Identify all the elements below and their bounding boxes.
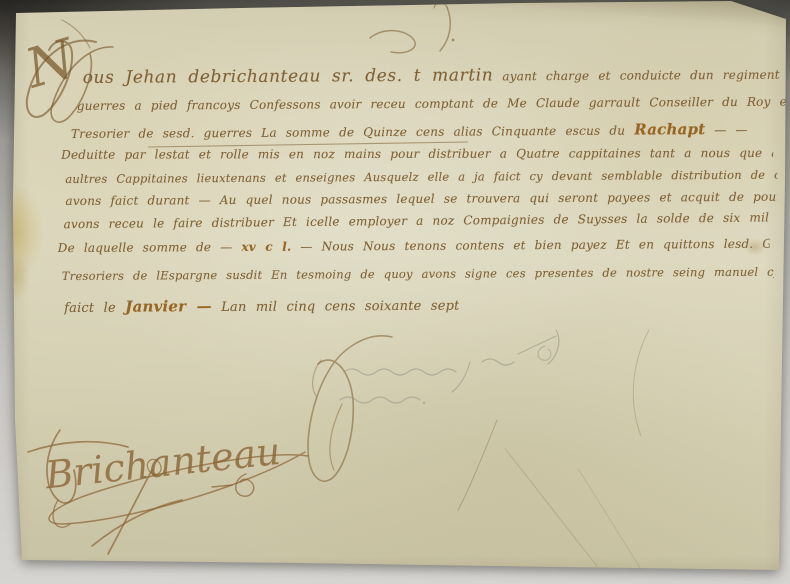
manuscript-line-7: avons receu le faire distribuer Et icell… xyxy=(64,210,770,231)
line-8-sum: xv c l. xyxy=(241,240,291,254)
line-3-accent-word: Rachapt xyxy=(634,120,705,138)
line-1-rest: ayant charge et conduicte dun regiment l… xyxy=(502,67,790,83)
manuscript-line-5: aultres Cappitaines lieuxtenans et ensei… xyxy=(65,168,777,186)
manuscript-line-8: De laquelle somme de — xv c l. — Nous No… xyxy=(58,237,770,255)
line-3-dashes: — — xyxy=(714,123,748,137)
manuscript-line-2: guerres a pied francoys Confessons avoir… xyxy=(77,95,789,113)
manuscript-line-6: avons faict durant — Au quel nous passas… xyxy=(65,190,777,208)
manuscript-text-layer: N ous Jehan debrichanteau sr. des. t mar… xyxy=(0,0,790,584)
line-1-opening: ous Jehan debrichanteau sr. des. t marti… xyxy=(83,65,494,88)
line-8-text-a: De laquelle somme de — xyxy=(58,240,233,255)
manuscript-line-4: Deduitte par lestat et rolle mis en noz … xyxy=(61,146,773,162)
line-9-text: Tresoriers de lEspargne susdit En tesmoi… xyxy=(62,264,774,283)
line-8-text-b: — Nous Nous tenons contens et bien payez… xyxy=(300,237,769,254)
line-10-date-word: Janvier — xyxy=(125,297,212,316)
line-10-text-a: faict le xyxy=(64,301,116,316)
manuscript-line-9: Tresoriers de lEspargne susdit En tesmoi… xyxy=(62,262,774,284)
decorated-initial: N xyxy=(19,27,82,101)
parchment-wrapper: N ous Jehan debrichanteau sr. des. t mar… xyxy=(0,0,790,584)
manuscript-line-10: faict le Janvier — Lan mil cinq cens soi… xyxy=(64,296,460,316)
manuscript-line-3: Tresorier de sesd. guerres La somme de Q… xyxy=(71,120,748,142)
manuscript-line-1: ous Jehan debrichanteau sr. des. t marti… xyxy=(83,64,790,88)
line-3-text: Tresorier de sesd. guerres La somme de Q… xyxy=(71,124,625,141)
line-10-text-b: Lan mil cinq cens soixante sept xyxy=(221,299,459,315)
photo-stage: N ous Jehan debrichanteau sr. des. t mar… xyxy=(0,0,790,584)
parchment-document: N ous Jehan debrichanteau sr. des. t mar… xyxy=(0,0,790,584)
